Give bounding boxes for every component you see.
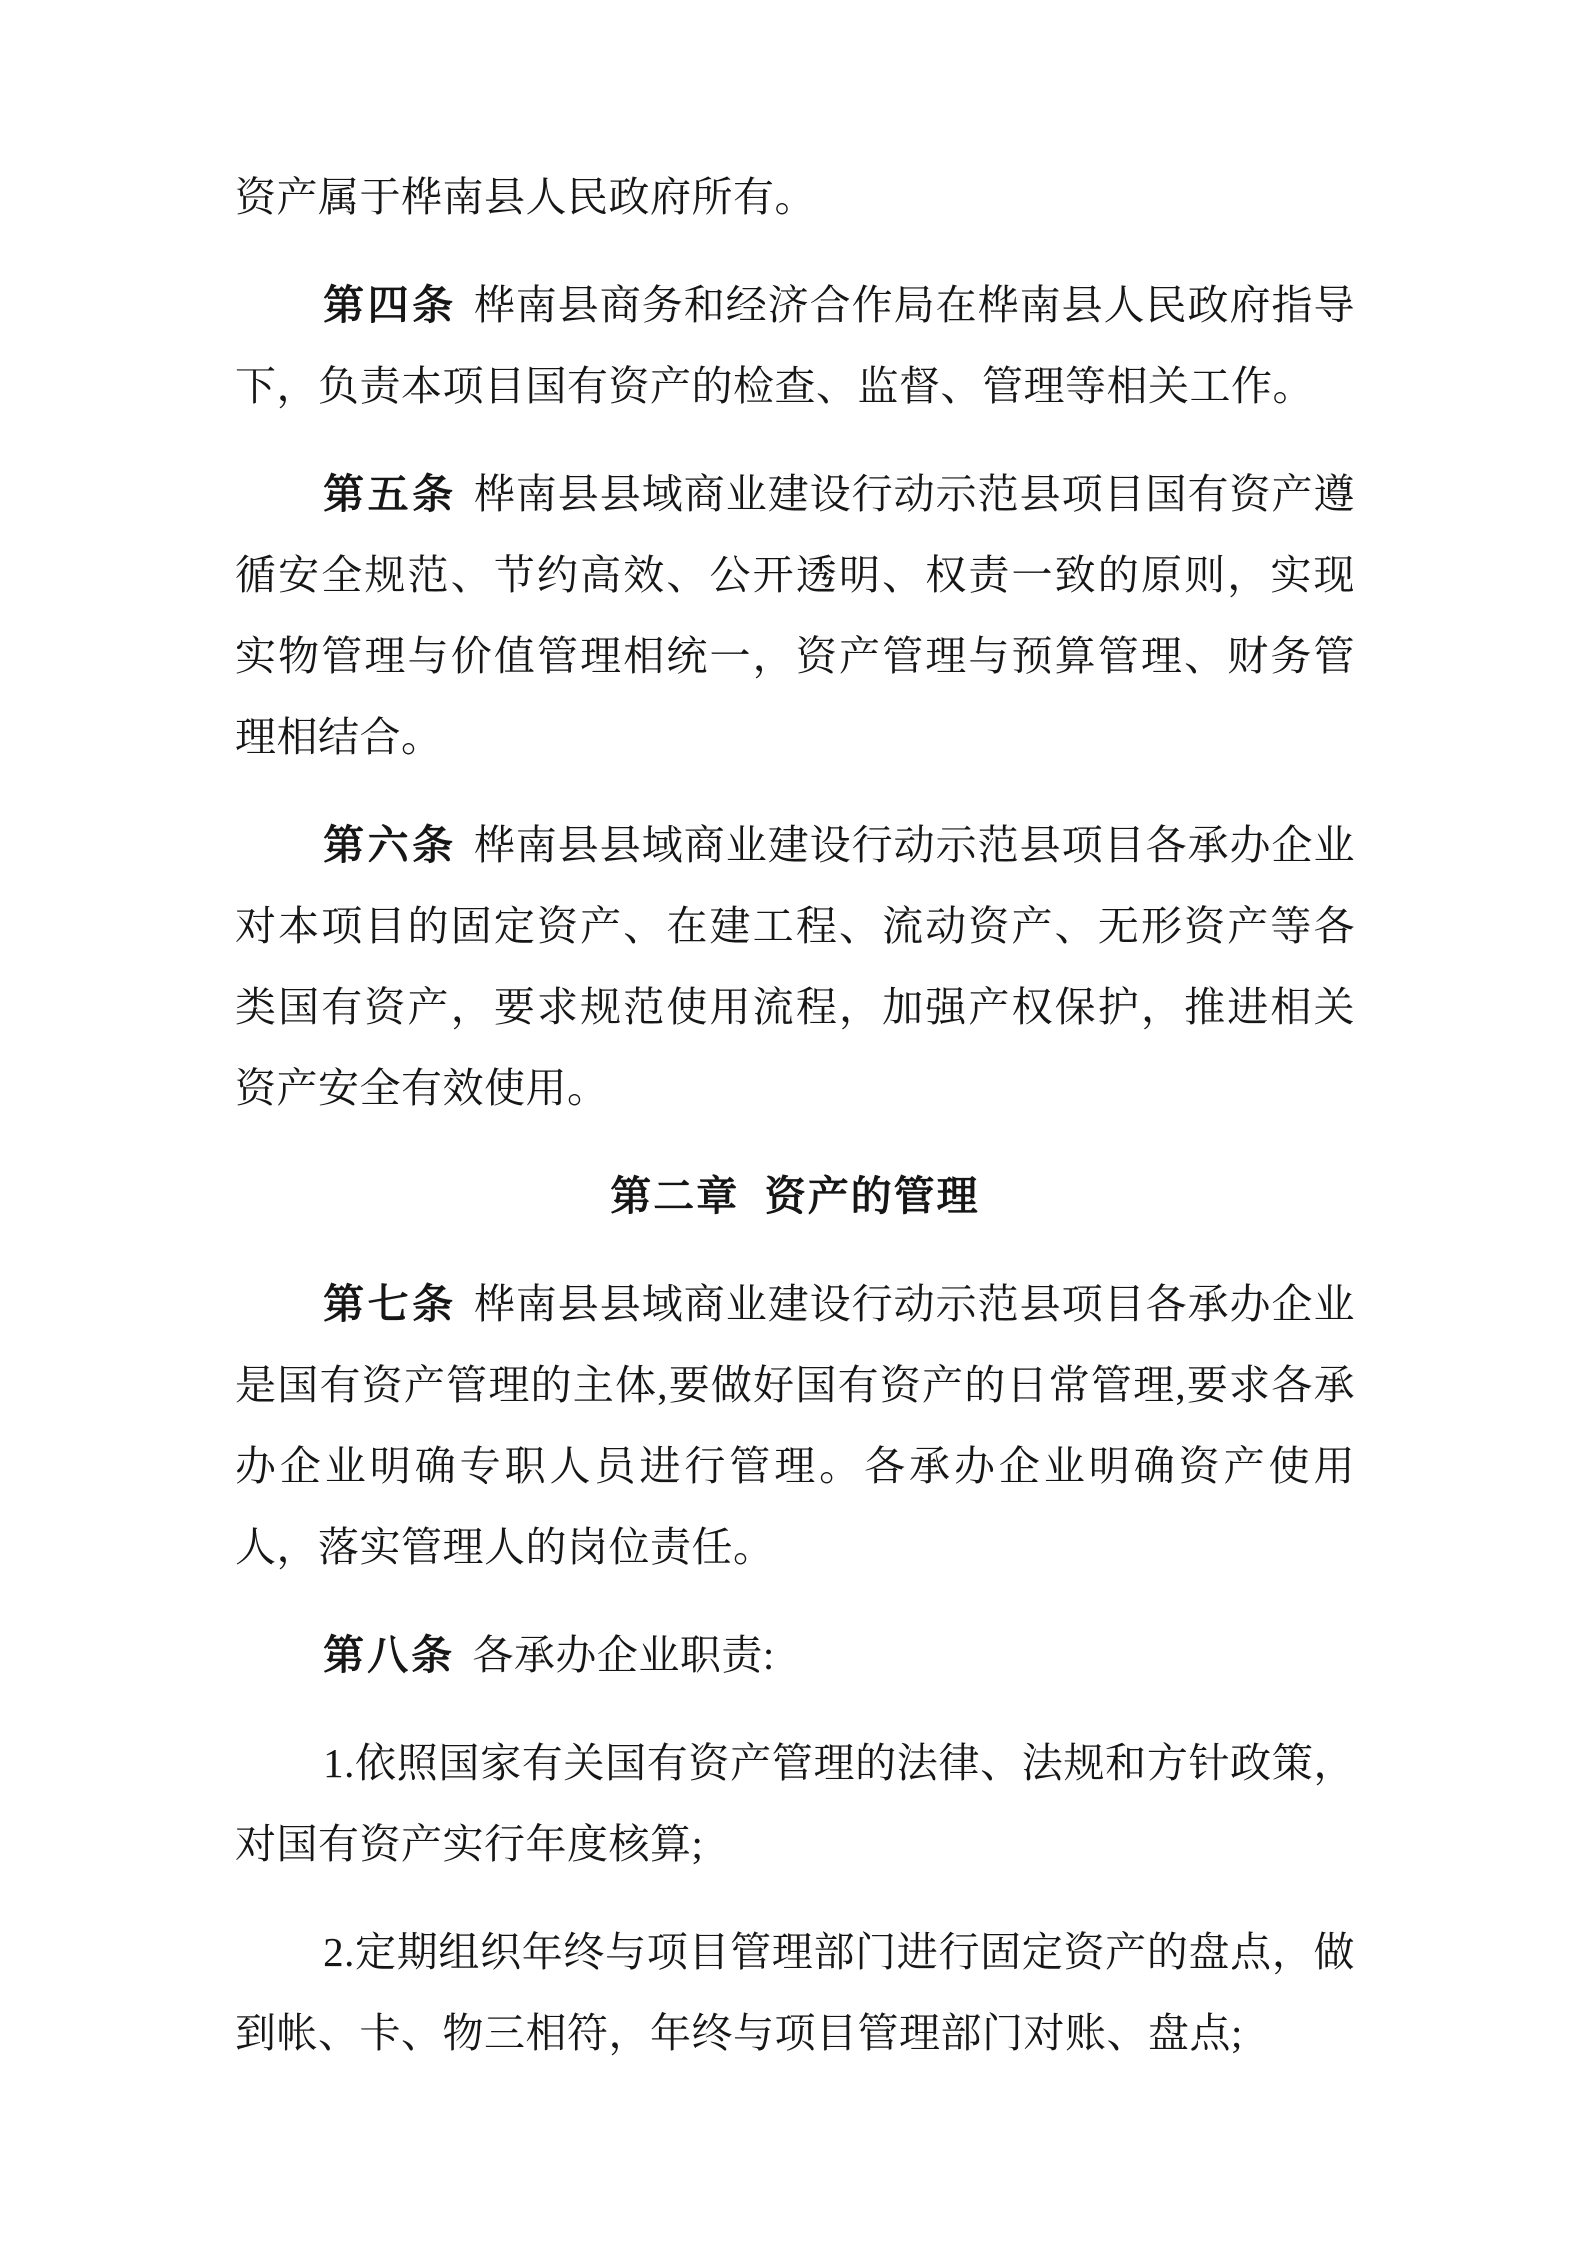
paragraph: 第八条各承办企业职责: — [235, 1588, 1355, 1696]
document-page: 资产属于桦南县人民政府所有。第四条桦南县商务和经济合作局在桦南县人民政府指导下，… — [0, 0, 1587, 2245]
paragraph: 资产属于桦南县人民政府所有。 — [235, 130, 1355, 238]
paragraph: 第五条桦南县县域商业建设行动示范县项目国有资产遵循安全规范、节约高效、公开透明、… — [235, 427, 1355, 778]
article-label: 第五条 — [323, 471, 456, 517]
article-label: 第八条 — [323, 1632, 455, 1678]
article-label: 第六条 — [323, 822, 456, 868]
article-label: 第七条 — [323, 1281, 456, 1327]
paragraph: 2.定期组织年终与项目管理部门进行固定资产的盘点，做到帐、卡、物三相符，年终与项… — [235, 1885, 1355, 2074]
document-content: 资产属于桦南县人民政府所有。第四条桦南县商务和经济合作局在桦南县人民政府指导下，… — [0, 0, 1587, 2074]
paragraph-text: 各承办企业职责: — [472, 1632, 774, 1678]
article-label: 第四条 — [323, 282, 456, 328]
chapter-heading: 第二章 资产的管理 — [235, 1129, 1355, 1237]
paragraph: 1.依照国家有关国有资产管理的法律、法规和方针政策，对国有资产实行年度核算; — [235, 1696, 1355, 1885]
paragraph: 第四条桦南县商务和经济合作局在桦南县人民政府指导下，负责本项目国有资产的检查、监… — [235, 238, 1355, 427]
paragraph: 第六条桦南县县域商业建设行动示范县项目各承办企业对本项目的固定资产、在建工程、流… — [235, 778, 1355, 1129]
paragraph: 第七条桦南县县域商业建设行动示范县项目各承办企业是国有资产管理的主体,要做好国有… — [235, 1237, 1355, 1588]
